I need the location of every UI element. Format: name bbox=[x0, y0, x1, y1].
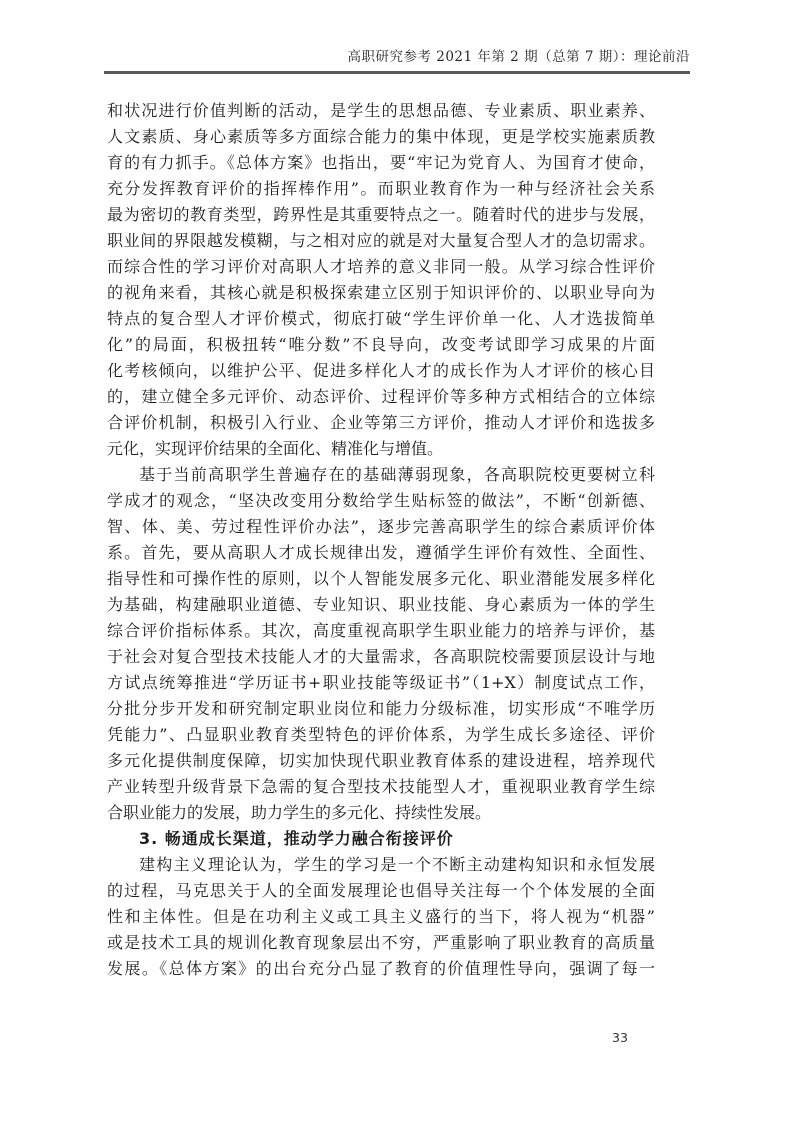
body-text-line: 系。首先，要从高职人才成长规律出发，遵循学生评价有效性、全面性、 bbox=[107, 540, 655, 566]
body-text-line: 综合评价指标体系。其次，高度重视高职学生职业能力的培养与评价，基 bbox=[107, 618, 655, 644]
body-text-line: 充分发挥教育评价的指挥棒作用”。而职业教育作为一种与经济社会关系 bbox=[107, 176, 655, 202]
body-text-line: 发展。《总体方案》的出台充分凸显了教育的价值理性导向，强调了每一 bbox=[107, 956, 655, 982]
body-text-line: 特点的复合型人才评价模式，彻底打破“学生评价单一化、人才选拔简单 bbox=[107, 306, 655, 332]
body-text-line: 凭能力”、凸显职业教育类型特色的评价体系，为学生成长多途径、评价 bbox=[107, 722, 655, 748]
body-text-line: 和状况进行价值判断的活动，是学生的思想品德、专业素质、职业素养、 bbox=[107, 98, 655, 124]
body-text-line: 元化，实现评价结果的全面化、精准化与增值。 bbox=[107, 436, 655, 462]
body-text-line: 最为密切的教育类型，跨界性是其重要特点之一。随着时代的进步与发展， bbox=[107, 202, 655, 228]
body-text-line: 而综合性的学习评价对高职人才培养的意义非同一般。从学习综合性评价 bbox=[107, 254, 655, 280]
body-text-line: 产业转型升级背景下急需的复合型技术技能型人才，重视职业教育学生综 bbox=[107, 774, 655, 800]
body-text-line: 人文素质、身心素质等多方面综合能力的集中体现，更是学校实施素质教 bbox=[107, 124, 655, 150]
document-body: 和状况进行价值判断的活动，是学生的思想品德、专业素质、职业素养、人文素质、身心素… bbox=[107, 98, 655, 982]
body-text-line: 建构主义理论认为，学生的学习是一个不断主动建构知识和永恒发展 bbox=[107, 852, 655, 878]
body-text-line: 智、体、美、劳过程性评价办法”，逐步完善高职学生的综合素质评价体 bbox=[107, 514, 655, 540]
journal-header-text: 高职研究参考 2021 年第 2 期（总第 7 期）：理论前沿 bbox=[347, 49, 690, 65]
body-text-line: 分批分步开发和研究制定职业岗位和能力分级标准，切实形成“不唯学历 bbox=[107, 696, 655, 722]
page-header: 高职研究参考 2021 年第 2 期（总第 7 期）：理论前沿 bbox=[104, 47, 690, 74]
body-text-line: 指导性和可操作性的原则，以个人智能发展多元化、职业潜能发展多样化 bbox=[107, 566, 655, 592]
body-text-line: 的，建立健全多元评价、动态评价、过程评价等多种方式相结合的立体综 bbox=[107, 384, 655, 410]
body-text-line: 或是技术工具的规训化教育现象层出不穷，严重影响了职业教育的高质量 bbox=[107, 930, 655, 956]
section-heading: 3. 畅通成长渠道，推动学力融合衔接评价 bbox=[107, 826, 655, 852]
page-number: 33 bbox=[612, 1030, 628, 1045]
document-page: 高职研究参考 2021 年第 2 期（总第 7 期）：理论前沿 和状况进行价值判… bbox=[0, 0, 794, 1123]
body-text-line: 性和主体性。但是在功利主义或工具主义盛行的当下，将人视为“机器” bbox=[107, 904, 655, 930]
body-text-line: 职业间的界限越发模糊，与之相对应的就是对大量复合型人才的急切需求。 bbox=[107, 228, 655, 254]
body-text-line: 学成才的观念，“坚决改变用分数给学生贴标签的做法”，不断“创新德、 bbox=[107, 488, 655, 514]
body-text-line: 的视角来看，其核心就是积极探索建立区别于知识评价的、以职业导向为 bbox=[107, 280, 655, 306]
body-text-line: 合职业能力的发展，助力学生的多元化、持续性发展。 bbox=[107, 800, 655, 826]
body-text-line: 化考核倾向，以维护公平、促进多样化人才的成长作为人才评价的核心目 bbox=[107, 358, 655, 384]
body-text-line: 为基础，构建融职业道德、专业知识、职业技能、身心素质为一体的学生 bbox=[107, 592, 655, 618]
body-text-line: 于社会对复合型技术技能人才的大量需求，各高职院校需要顶层设计与地 bbox=[107, 644, 655, 670]
body-text-line: 育的有力抓手。《总体方案》也指出，要“牢记为党育人、为国育才使命， bbox=[107, 150, 655, 176]
body-text-line: 方试点统筹推进“学历证书+职业技能等级证书”（1+X）制度试点工作， bbox=[107, 670, 655, 696]
body-text-line: 多元化提供制度保障，切实加快现代职业教育体系的建设进程，培养现代 bbox=[107, 748, 655, 774]
body-text-line: 的过程，马克思关于人的全面发展理论也倡导关注每一个个体发展的全面 bbox=[107, 878, 655, 904]
body-text-line: 化”的局面，积极扭转“唯分数”不良导向，改变考试即学习成果的片面 bbox=[107, 332, 655, 358]
body-text-line: 合评价机制，积极引入行业、企业等第三方评价，推动人才评价和选拔多 bbox=[107, 410, 655, 436]
body-text-line: 基于当前高职学生普遍存在的基础薄弱现象，各高职院校更要树立科 bbox=[107, 462, 655, 488]
